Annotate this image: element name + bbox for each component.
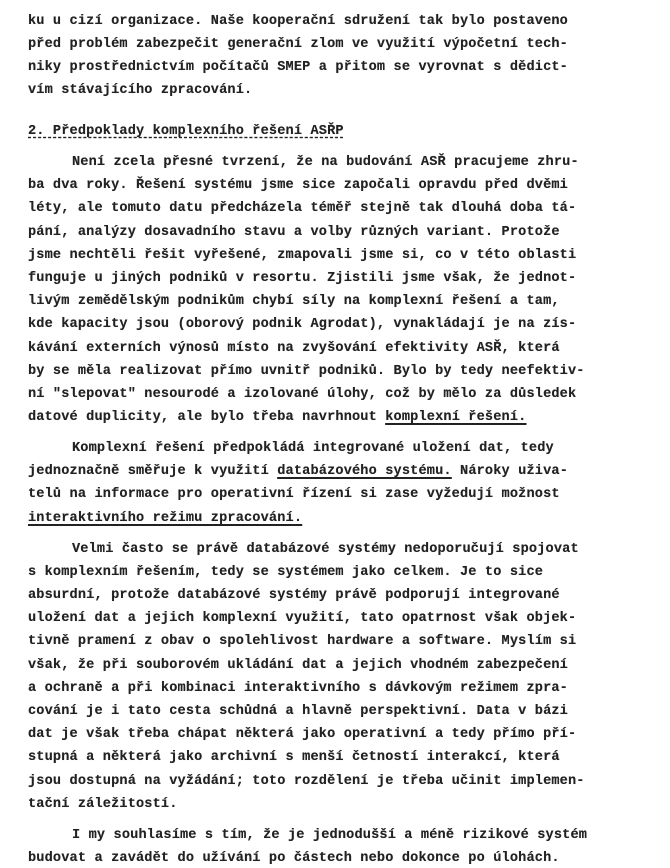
text-line: budovat a zavádět do užívání po částech … — [28, 851, 560, 867]
text-line: I my souhlasíme s tím, že je jednodušší … — [72, 828, 587, 844]
text-span: datové duplicity, ale bylo třeba navrhno… — [28, 410, 385, 425]
underlined-phrase: databázového systému. — [277, 464, 451, 479]
text-line: interaktivního režimu zpracování. — [28, 511, 302, 527]
text-line: by se měla realizovat přímo uvnitř podni… — [28, 364, 585, 380]
underlined-phrase: interaktivního režimu zpracování. — [28, 511, 302, 526]
text-line: jsme nechtěli řešit vyřešené, zmapovali … — [28, 248, 576, 264]
text-line: ní "slepovat" nesourodé a izolované úloh… — [28, 387, 576, 403]
text-line: funguje u jiných podniků v resortu. Zjis… — [28, 271, 576, 287]
text-line: jednoznačně směřuje k využití databázové… — [28, 464, 568, 480]
text-line: niky prostřednictvím počítačů SMEP a při… — [28, 60, 568, 76]
text-line: vím stávajícího zpracování. — [28, 83, 252, 99]
underlined-phrase: komplexní řešení. — [385, 410, 526, 425]
text-line: pání, analýzy dosavadního stavu a volby … — [28, 225, 560, 241]
text-line: Komplexní řešení předpokládá integrované… — [72, 441, 554, 457]
text-line: tivně pramení z obav o spolehlivost hard… — [28, 634, 576, 650]
text-line: absurdní, protože databázové systémy prá… — [28, 588, 560, 604]
text-line: kde kapacity jsou (oborový podnik Agroda… — [28, 317, 576, 333]
text-line: s komplexním řešením, tedy se systémem j… — [28, 565, 543, 581]
typewritten-page: ku u cizí organizace. Naše kooperační sd… — [0, 0, 670, 868]
text-line: uložení dat a jejich komplexní využití, … — [28, 611, 576, 627]
text-line: však, že při souborovém ukládání dat a j… — [28, 658, 568, 674]
text-line: ba dva roky. Řešení systému jsme sice za… — [28, 178, 568, 194]
text-line: livým zemědělským podnikům chybí síly na… — [28, 294, 560, 310]
text-line: tační záležitostí. — [28, 797, 178, 813]
text-line: dat je však třeba chápat některá jako op… — [28, 727, 576, 743]
text-line: telů na informace pro operativní řízení … — [28, 487, 560, 503]
text-line: datové duplicity, ale bylo třeba navrhno… — [28, 410, 526, 426]
text-line: Velmi často se právě databázové systémy … — [72, 542, 579, 558]
text-span: jednoznačně směřuje k využití — [28, 464, 277, 479]
text-line: stupná a některá jako archivní s menší č… — [28, 750, 560, 766]
text-line: léty, ale tomuto datu předcházela téměř … — [28, 201, 576, 217]
section-heading: 2. Předpoklady komplexního řešení ASŘP — [28, 124, 344, 140]
text-line: kávání externích výnosů místo na zvyšová… — [28, 341, 560, 357]
text-line: ku u cizí organizace. Naše kooperační sd… — [28, 14, 568, 30]
text-line: před problém zabezpečit generační zlom v… — [28, 37, 568, 53]
text-line: Není zcela přesné tvrzení, že na budován… — [72, 155, 579, 171]
text-line: cování je i tato cesta schůdná a hlavně … — [28, 704, 568, 720]
text-line: a ochraně a při kombinaci interaktivního… — [28, 681, 568, 697]
text-line: jsou dostupná na vyžádání; toto rozdělen… — [28, 774, 585, 790]
text-span: Nároky uživa- — [452, 464, 568, 479]
